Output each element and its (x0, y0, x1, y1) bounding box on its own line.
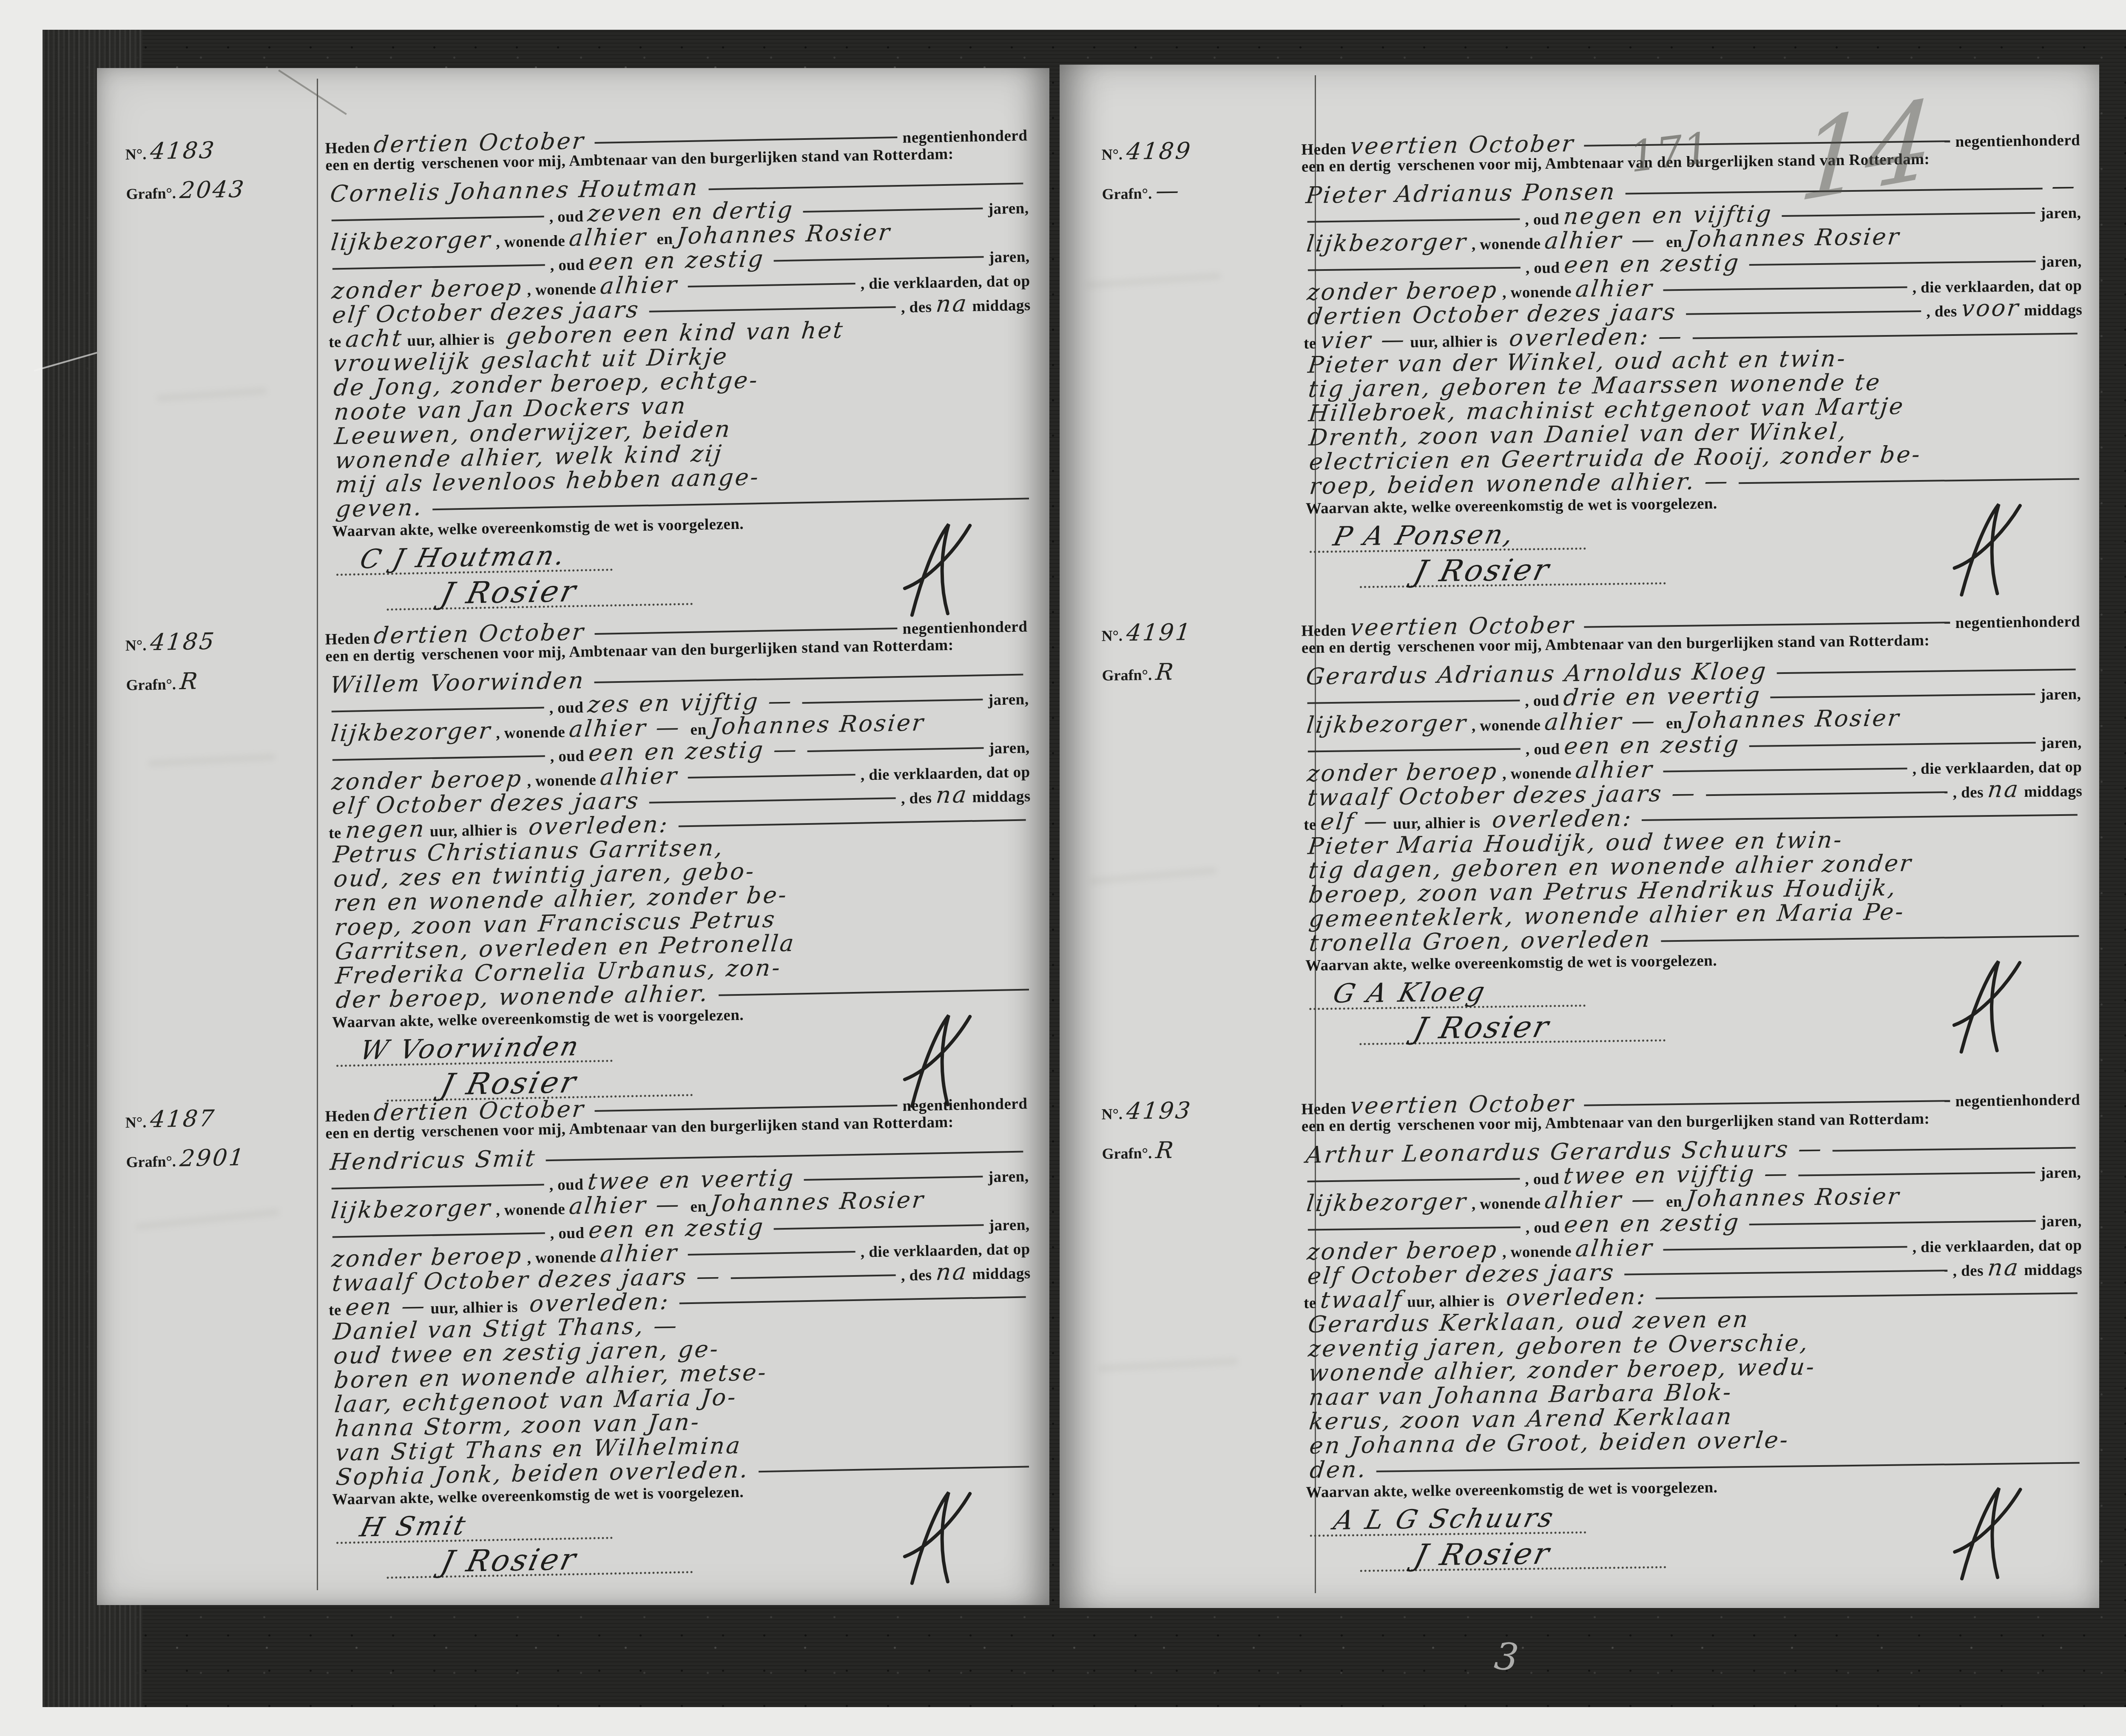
fill-rule-line (333, 1232, 545, 1238)
graf-number-row: Grafn°.R (110, 665, 315, 696)
graf-number-label: Grafn°. (1102, 185, 1152, 202)
fill-rule-line (1308, 1226, 1521, 1230)
printed-form-text: jaren, (989, 739, 1030, 758)
printed-form-text: middags (2024, 782, 2083, 801)
fill-rule-line (1307, 1178, 1520, 1182)
death-act-4189: N°.4189 Grafn°.— Hedenveertien Octoberne… (1085, 124, 2086, 611)
handwritten-entry: na (1986, 1254, 2021, 1281)
printed-form-text: , wonende (1502, 764, 1572, 783)
printed-form-text: , die verklaarden, dat op (1912, 1236, 2082, 1256)
printed-form-text: negentienhonderd (902, 126, 1028, 147)
printed-form-text: jaren, (2040, 204, 2081, 222)
graf-number-row: Grafn°.2043 (110, 174, 315, 205)
declarant-signature: W Voorwinden (357, 1031, 584, 1066)
graf-number-label: Grafn°. (1102, 666, 1152, 684)
fill-rule-line (1642, 814, 2078, 821)
act-number-row: N°.4189 (1085, 136, 1290, 165)
printed-form-text: uur, alhier is (1407, 1292, 1495, 1311)
death-act-4183: N°.4183 Grafn°.2043 Hedendertien October… (109, 119, 1036, 634)
fill-rule-line (1584, 1100, 1950, 1106)
fill-rule-line (679, 1296, 1026, 1304)
fill-rule-line (679, 819, 1026, 827)
printed-form-text: middags (972, 296, 1031, 315)
fill-rule-line (708, 182, 1023, 190)
film-frame-number: 3 (1492, 1634, 1521, 1679)
printed-form-text: en (1666, 233, 1683, 251)
death-act-4193: N°.4193 Grafn°.R Hedenveertien Octoberne… (1085, 1083, 2086, 1594)
fill-rule-line (1307, 218, 1520, 222)
handwritten-entry: alhier (568, 223, 649, 251)
graf-number-row: Grafn°.— (1086, 176, 1291, 205)
handwritten-entry: alhier (599, 762, 680, 790)
death-act-4185: N°.4185 Grafn°.R Hedendertien Octoberneg… (109, 610, 1036, 1125)
act-number-label: N°. (125, 1114, 146, 1131)
printed-form-text: te (1304, 815, 1316, 834)
handwritten-entry: Johannes Rosier (1685, 705, 1902, 734)
handwritten-entry: alhier — (1543, 1186, 1658, 1214)
printed-form-text: , des (1926, 302, 1957, 321)
fill-rule-line (719, 989, 1029, 996)
act-number-label: N°. (125, 636, 146, 654)
printed-form-text: en (690, 1197, 707, 1216)
pencil-annotation-number: 171 (1627, 123, 1714, 182)
printed-form-text: Heden (325, 139, 370, 158)
handwritten-entry: een en zestig (1563, 730, 1741, 759)
act-number-value: 4183 (149, 136, 217, 165)
fill-rule-line (1663, 286, 1907, 291)
handwritten-entry: alhier — (1543, 707, 1658, 736)
printed-form-text: uur, alhier is (1410, 332, 1498, 352)
printed-form-text: te (329, 333, 342, 352)
printed-form-text: , des (901, 789, 932, 808)
act-number-label: N°. (1101, 1105, 1123, 1123)
fill-rule-line (688, 1250, 855, 1255)
fill-rule-line (1307, 699, 1520, 704)
handwritten-entry: veertien October (1349, 130, 1576, 160)
registrar-paraph-icon (1944, 1481, 2035, 1584)
printed-form-text: , des (1953, 783, 1984, 802)
printed-form-text: negentienhonderd (902, 1094, 1028, 1115)
graf-number-row: Grafn°.R (1086, 1135, 1291, 1165)
printed-form-text: jaren, (2041, 252, 2082, 271)
printed-form-text: een en dertig (325, 646, 415, 666)
handwritten-entry: lijkbezorger (330, 1194, 493, 1224)
printed-form-text: , wonende (1472, 235, 1541, 254)
printed-form-text: , oud (1526, 740, 1560, 759)
fill-rule-line (333, 264, 545, 270)
printed-form-text: , des (901, 1266, 932, 1285)
fill-rule-line (804, 1176, 983, 1181)
printed-form-text: , oud (1525, 1170, 1559, 1188)
printed-form-text: , wonende (527, 771, 597, 790)
fill-rule-line (1661, 935, 2079, 942)
printed-form-text: , oud (550, 747, 584, 766)
printed-form-text: , oud (1526, 1218, 1560, 1237)
printed-form-text: negentienhonderd (902, 617, 1028, 638)
printed-form-text: jaren, (989, 247, 1030, 267)
fill-rule-line (432, 497, 1029, 510)
fill-rule-line (332, 707, 544, 712)
handwritten-entry: alhier (599, 271, 680, 299)
graf-number-value: R (1154, 1136, 1177, 1164)
printed-form-text: middags (972, 1264, 1031, 1284)
fill-rule-line (594, 136, 898, 144)
graf-number-label: Grafn°. (126, 185, 176, 202)
fill-rule-line (546, 1151, 1023, 1161)
witness-signature: J Rosier (1411, 1536, 1555, 1573)
printed-form-text: negentienhonderd (1955, 131, 2080, 151)
fill-rule-line (1749, 1220, 2036, 1225)
handwritten-entry: veertien October (1349, 1090, 1576, 1119)
printed-form-text: en (657, 230, 673, 249)
fill-rule-line (594, 1105, 898, 1112)
declarant-signature: C J Houtman. (357, 540, 570, 574)
printed-form-text: Heden (1301, 140, 1346, 159)
printed-form-text: middags (2024, 1260, 2083, 1279)
handwritten-entry: na (935, 1258, 969, 1286)
fill-rule-line (1584, 622, 1950, 628)
printed-form-text: negentienhonderd (1955, 612, 2080, 632)
printed-form-text: , wonende (496, 723, 566, 742)
fill-rule-line (1663, 1246, 1907, 1250)
act-number-row: N°.4183 (109, 135, 314, 165)
fill-rule-line (1663, 767, 1907, 772)
fill-rule-line (730, 1274, 896, 1279)
printed-form-text: , wonende (527, 280, 597, 299)
act-text-block: Hedendertien Octobernegentienhonderdeen … (314, 1087, 1036, 1599)
handwritten-entry: Willem Voorwinden (329, 667, 586, 698)
declarant-signature: G A Kloeg (1330, 976, 1490, 1009)
printed-form-text: , oud (1526, 259, 1560, 277)
handwritten-entry: veertien October (1349, 611, 1576, 641)
fill-rule-line (649, 797, 896, 804)
printed-form-text: te (1304, 334, 1316, 352)
fill-rule-line (807, 747, 984, 752)
handwritten-entry: lijkbezorger (330, 226, 493, 256)
fill-rule-line (332, 216, 544, 221)
handwritten-entry: Johannes Rosier (709, 709, 926, 740)
printed-form-text: een en dertig (1302, 1116, 1391, 1136)
registrar-paraph-icon (894, 1485, 985, 1588)
printed-form-text: een en dertig (325, 1123, 415, 1143)
handwritten-entry: voor (1960, 294, 2021, 322)
handwritten-entry: na (1986, 776, 2021, 803)
printed-form-text: jaren, (988, 690, 1029, 709)
printed-form-text: Heden (1301, 622, 1346, 640)
printed-form-text: , wonende (1472, 716, 1541, 735)
act-margin-column: N°.4193 Grafn°.R (1085, 1093, 1296, 1594)
handwritten-entry: dertien October (372, 127, 586, 158)
handwritten-entry: een en zestig — (587, 736, 799, 766)
handwritten-entry: Johannes Rosier (709, 1186, 926, 1217)
act-text-block: Hedenveertien Octobernegentienhonderdeen… (1290, 124, 2086, 608)
printed-form-text: jaren, (2041, 733, 2082, 752)
printed-form-text: een en dertig (325, 155, 415, 175)
fill-rule-line (688, 282, 855, 287)
fill-rule-line (594, 628, 898, 635)
fill-rule-line (1692, 332, 2077, 339)
fill-rule-line (774, 1224, 984, 1230)
act-margin-column: N°.4187 Grafn°.2901 (109, 1100, 323, 1603)
handwritten-entry: na (935, 290, 969, 318)
fill-rule-line (802, 699, 983, 704)
printed-form-text: middags (2024, 301, 2083, 320)
handwritten-entry: dertien October (372, 618, 586, 649)
printed-form-text: , die verklaarden, dat op (1912, 758, 2082, 778)
declarant-signature: H Smit (357, 1510, 471, 1543)
fill-rule-line (1706, 791, 1948, 796)
fill-rule-line (774, 256, 984, 261)
act-number-value: 4185 (149, 628, 217, 656)
fill-rule-line (1776, 668, 2075, 674)
act-margin-column: N°.4189 Grafn°.— (1085, 134, 1296, 611)
printed-form-text: , oud (1525, 691, 1559, 710)
handwritten-entry: alhier (1574, 756, 1655, 784)
handwritten-entry: Johannes Rosier (1685, 1183, 1902, 1212)
printed-form-text: en (690, 720, 707, 739)
death-act-4191: N°.4191 Grafn°.R Hedenveertien Octoberne… (1085, 605, 2086, 1068)
act-number-value: 4193 (1125, 1097, 1193, 1125)
fill-rule-line (1739, 478, 2079, 484)
act-text-block: Hedenveertien Octobernegentienhonderdeen… (1290, 605, 2086, 1065)
printed-form-text: jaren, (988, 199, 1029, 218)
handwritten-entry: een en zestig (1563, 1209, 1741, 1238)
graf-number-value: 2901 (179, 1144, 247, 1172)
printed-form-text: te (1304, 1294, 1316, 1312)
declarant-signature: A L G Schuurs (1331, 1502, 1558, 1536)
printed-form-text: , wonende (1502, 283, 1572, 302)
handwritten-entry: dertien October (372, 1095, 586, 1126)
fill-rule-line (803, 207, 983, 213)
handwritten-entry: lijkbezorger (1305, 228, 1469, 257)
printed-form-text: , oud (549, 207, 583, 226)
act-text-block: Hedenveertien Octobernegentienhonderdeen… (1290, 1083, 2086, 1592)
printed-form-text: jaren, (2040, 685, 2081, 704)
graf-number-label: Grafn°. (126, 1153, 176, 1171)
fill-rule-line (1308, 748, 1521, 752)
act-number-value: 4187 (149, 1105, 217, 1133)
act-text-block: Hedendertien Octobernegentienhonderdeen … (314, 610, 1036, 1122)
handwritten-entry: Hendricus Smit (329, 1145, 537, 1176)
handwritten-entry: — (2050, 172, 2078, 199)
fill-rule-line (688, 773, 855, 778)
declarant-signature: P A Ponsen, (1330, 519, 1519, 552)
printed-form-text: , wonende (496, 1200, 566, 1219)
fill-rule-line (1656, 1292, 2078, 1299)
handwritten-entry: elf — (1319, 807, 1390, 835)
witness-signature: J Rosier (438, 574, 581, 611)
handwritten-entry: roep, beiden wonende alhier. — (1308, 468, 1731, 500)
fill-rule-line (1376, 1462, 2079, 1472)
graf-number-label: Grafn°. (126, 676, 176, 693)
fill-rule-line (1308, 267, 1521, 271)
act-number-value: 4191 (1125, 619, 1193, 646)
witness-signature: J Rosier (1411, 552, 1555, 589)
handwritten-entry: Johannes Rosier (676, 219, 892, 249)
fill-rule-line (1832, 1147, 2075, 1151)
act-number-label: N°. (125, 145, 146, 163)
handwritten-entry: vier — (1319, 326, 1407, 354)
printed-form-text: Heden (325, 1107, 370, 1126)
printed-form-text: uur, alhier is (1393, 814, 1481, 833)
printed-form-text: een en dertig (1302, 156, 1391, 176)
handwritten-entry: alhier (599, 1239, 680, 1267)
handwritten-entry: alhier — (1543, 226, 1658, 254)
printed-form-text: jaren, (988, 1167, 1029, 1186)
printed-form-text: , wonende (1502, 1242, 1572, 1262)
act-number-row: N°.4191 (1085, 617, 1290, 647)
printed-form-text: , des (1953, 1262, 1984, 1280)
signature-area: P A Ponsen, J Rosier (1306, 508, 2086, 608)
act-margin-column: N°.4191 Grafn°.R (1085, 615, 1296, 1068)
printed-form-text: , wonende (496, 232, 566, 251)
printed-form-text: , die verklaarden, dat op (1912, 276, 2082, 297)
handwritten-entry: een en zestig (1563, 249, 1741, 278)
fill-rule-line (649, 306, 896, 313)
fill-rule-line (1749, 260, 2036, 265)
act-margin-column: N°.4183 Grafn°.2043 (109, 132, 323, 635)
printed-form-text: jaren, (2040, 1163, 2081, 1182)
act-number-row: N°.4187 (109, 1103, 314, 1134)
handwritten-entry: lijkbezorger (330, 717, 493, 747)
graf-number-value: — (1154, 177, 1182, 204)
registrar-paraph-icon (894, 517, 985, 620)
graf-number-row: Grafn°.R (1086, 657, 1291, 686)
witness-signature: J Rosier (1410, 1009, 1554, 1046)
signature-area: A L G Schuurs J Rosier (1306, 1492, 2086, 1591)
graf-number-value: 2043 (179, 176, 247, 204)
handwritten-entry: alhier (1574, 275, 1655, 302)
register-page-left: N°.4183 Grafn°.2043 Hedendertien October… (97, 68, 1049, 1605)
printed-form-text: jaren, (2041, 1212, 2082, 1230)
register-scan: N°.4183 Grafn°.2043 Hedendertien October… (0, 0, 2126, 1736)
handwritten-entry: den. (1308, 1456, 1368, 1483)
printed-form-text: , oud (550, 1224, 584, 1243)
fill-rule-line (1624, 1270, 1947, 1275)
handwritten-entry: acht (344, 324, 404, 352)
graf-number-label: Grafn°. (1102, 1145, 1152, 1162)
act-number-label: N°. (1101, 146, 1123, 163)
graf-number-row: Grafn°.2901 (110, 1142, 315, 1173)
printed-form-text: , wonende (1472, 1194, 1541, 1213)
handwritten-entry: lijkbezorger (1305, 710, 1469, 739)
printed-form-text: , des (901, 298, 932, 317)
signature-area: G A Kloeg J Rosier (1305, 965, 2085, 1065)
printed-form-text: negentienhonderd (1955, 1091, 2080, 1111)
fill-rule-line (594, 673, 1023, 683)
handwritten-entry: alhier (1574, 1234, 1655, 1262)
fill-rule-line (1749, 742, 2036, 747)
graf-number-value: R (1154, 658, 1177, 685)
graf-number-value: R (179, 668, 200, 695)
signature-area: H Smit J Rosier (333, 1496, 1037, 1599)
printed-form-text: Heden (1301, 1100, 1346, 1119)
registrar-paraph-icon (1944, 497, 2035, 600)
fill-rule-line (332, 1184, 544, 1189)
handwritten-entry: lijkbezorger (1305, 1188, 1469, 1217)
act-number-row: N°.4185 (109, 626, 314, 656)
act-number-row: N°.4193 (1085, 1096, 1290, 1125)
handwritten-entry: na (935, 781, 969, 809)
act-number-label: N°. (1101, 627, 1123, 645)
printed-form-text: jaren, (989, 1216, 1030, 1235)
printed-form-text: , wonende (527, 1248, 597, 1267)
registrar-paraph-icon (1944, 954, 2035, 1057)
witness-signature: J Rosier (438, 1542, 581, 1579)
fill-rule-line (1686, 310, 1921, 315)
printed-form-text: en (1666, 1193, 1683, 1211)
act-text-block: Hedendertien Octobernegentienhonderdeen … (314, 119, 1036, 631)
fill-rule-line (759, 1466, 1029, 1472)
handwritten-entry: twaalf (1319, 1286, 1404, 1313)
act-margin-column: N°.4185 Grafn°.R (109, 623, 323, 1126)
pencil-annotation-flourish: 14 (1795, 76, 1937, 226)
register-page-right: N°.4189 Grafn°.— Hedenveertien Octoberne… (1060, 65, 2099, 1608)
printed-form-text: Heden (325, 630, 370, 649)
fill-rule-line (1798, 1171, 2035, 1176)
death-act-4187: N°.4187 Grafn°.2901 Hedendertien October… (109, 1087, 1036, 1602)
printed-form-text: en (1666, 714, 1683, 733)
handwritten-entry: Johannes Rosier (1685, 223, 1902, 253)
handwritten-entry: tronella Groen, overleden (1308, 926, 1653, 957)
fill-rule-line (333, 755, 545, 761)
printed-form-text: , oud (1525, 210, 1559, 229)
handwritten-entry: geven. (335, 494, 424, 523)
act-number-value: 4189 (1125, 137, 1193, 165)
printed-form-text: , oud (549, 1176, 583, 1194)
printed-form-text: te (329, 1301, 342, 1320)
printed-form-text: , oud (550, 256, 584, 275)
printed-form-text: een en dertig (1302, 638, 1391, 657)
fill-rule-line (1771, 693, 2035, 698)
printed-form-text: te (329, 824, 342, 843)
printed-form-text: , oud (549, 699, 583, 717)
printed-form-text: middags (972, 787, 1031, 807)
